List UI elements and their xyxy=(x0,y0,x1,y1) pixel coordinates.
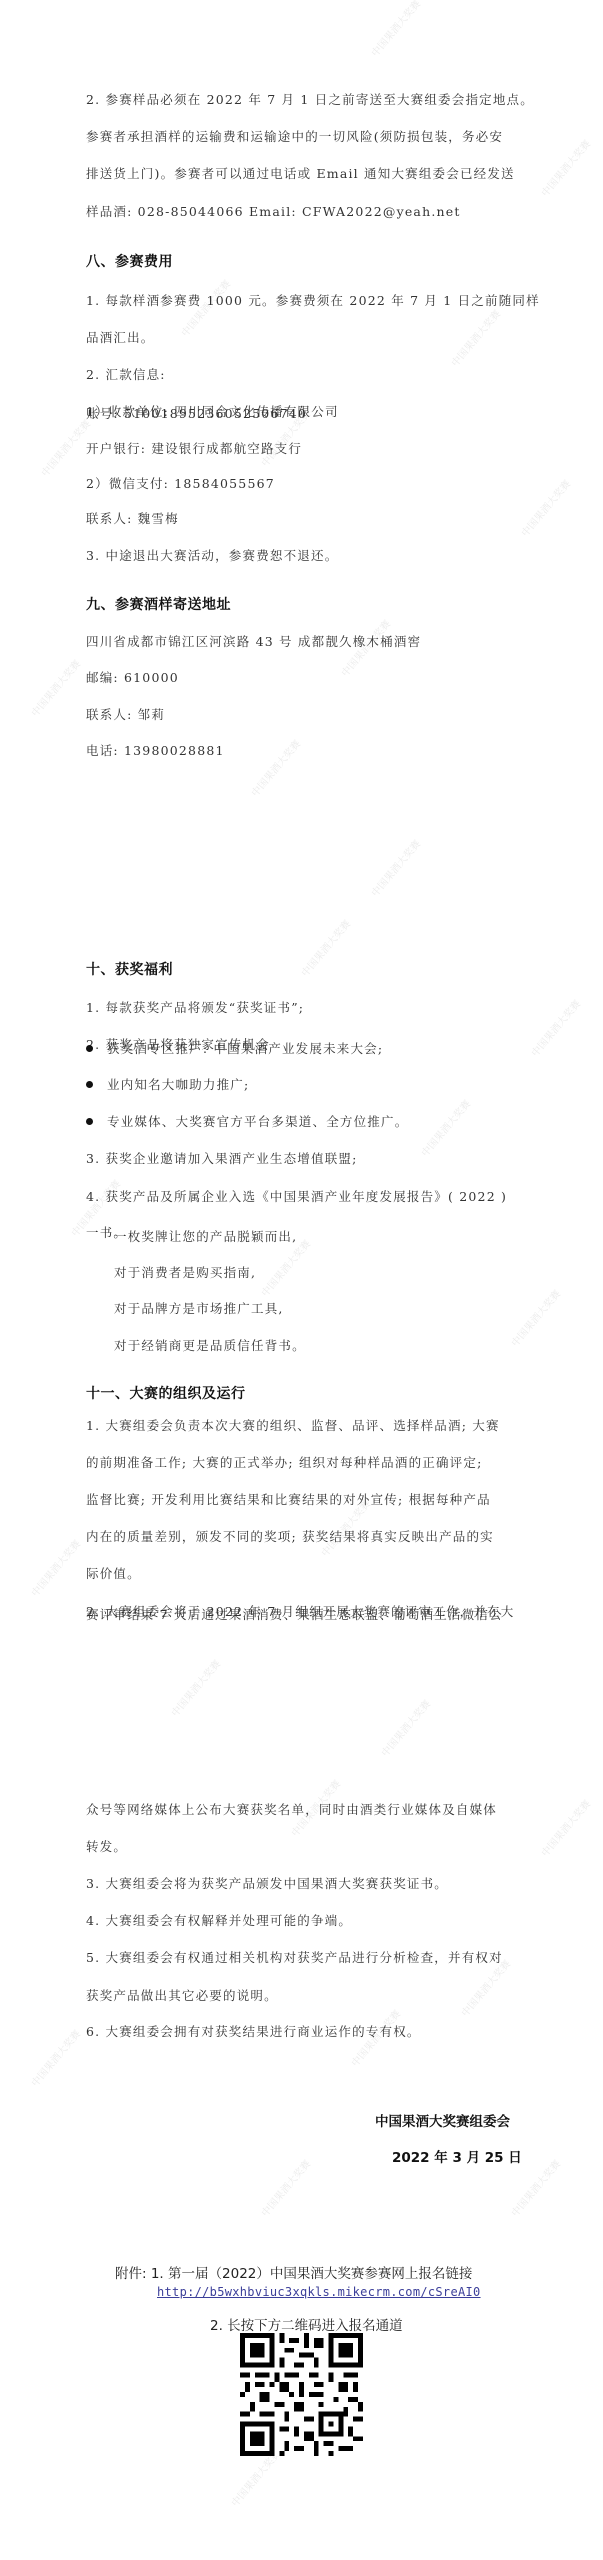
paragraph-line: 1. 大赛组委会负责本次大赛的组织、监督、品评、选择样品酒; 大赛 xyxy=(86,1418,500,1434)
contact-person: 联系人: 魏雪梅 xyxy=(86,511,179,527)
slogan-line: 对于品牌方是市场推广工具, xyxy=(114,1301,284,1317)
bullet-text: 业内知名大咖助力推广; xyxy=(107,1077,249,1092)
paragraph-line: 众号等网络媒体上公布大赛获奖名单，同时由酒类行业媒体及自媒体 xyxy=(86,1802,497,1818)
list-item: 4. 获奖产品及所属企业入选《中国果酒产业年度发展报告》( 2022 ) xyxy=(86,1189,507,1205)
watermark: 中国果酒大奖赛 xyxy=(247,736,303,799)
list-item: 3. 大赛组委会将为获奖产品颁发中国果酒大奖赛获奖证书。 xyxy=(86,1876,448,1892)
slogan-line: 对于消费者是购买指南, xyxy=(114,1265,256,1281)
section-heading: 十、获奖福利 xyxy=(86,961,173,979)
bullet-text: 专业媒体、大奖赛官方平台多渠道、全方位推广。 xyxy=(107,1114,408,1129)
watermark: 中国果酒大奖赛 xyxy=(537,136,593,199)
list-item: 6. 大赛组委会拥有对获奖结果进行商业运作的专有权。 xyxy=(86,2024,421,2040)
registration-link[interactable]: http://b5wxhbviuc3xqkls.mikecrm.com/cSre… xyxy=(157,2285,481,2299)
bullet-icon xyxy=(86,1118,93,1125)
paragraph-line: 品酒汇出。 xyxy=(86,330,155,346)
paragraph-line: 监督比赛; 开发利用比赛结果和比赛结果的对外宣传; 根据每种产品 xyxy=(86,1492,491,1508)
paragraph-line: 参赛者承担酒样的运输费和运输途中的一切风险(须防损包装，务必安 xyxy=(86,129,503,145)
section-heading: 九、参赛酒样寄送地址 xyxy=(86,596,231,614)
watermark: 中国果酒大奖赛 xyxy=(377,1696,433,1759)
watermark: 中国果酒大奖赛 xyxy=(367,0,423,59)
organizer-name: 中国果酒大奖赛组委会 xyxy=(375,2110,510,2130)
watermark: 中国果酒大奖赛 xyxy=(27,1536,83,1599)
slogan-line: 对于经销商更是品质信任背书。 xyxy=(114,1338,306,1354)
watermark: 中国果酒大奖赛 xyxy=(527,996,583,1059)
bullet-row: 专业媒体、大奖赛官方平台多渠道、全方位推广。 xyxy=(86,1114,408,1130)
watermark: 中国果酒大奖赛 xyxy=(27,2026,83,2089)
address-line: 四川省成都市锦江区河滨路 43 号 成都靓久橡木桶酒窖 xyxy=(86,634,421,650)
bullet-icon xyxy=(86,1045,93,1052)
paragraph-line: 1. 每款样酒参赛费 1000 元。参赛费须在 2022 年 7 月 1 日之前… xyxy=(86,293,540,309)
paragraph-line: 2. 参赛样品必须在 2022 年 7 月 1 日之前寄送至大赛组委会指定地点。 xyxy=(86,92,534,108)
account-number: 账号: 51001895236052506740 xyxy=(86,406,307,422)
bullet-row: 获奖酒专区推广: 中国果酒产业发展未来大会; xyxy=(86,1041,383,1057)
watermark: 中国果酒大奖赛 xyxy=(417,1096,473,1159)
section-heading: 八、参赛费用 xyxy=(86,253,173,271)
watermark: 中国果酒大奖赛 xyxy=(257,2156,313,2219)
section-heading: 十一、大赛的组织及运行 xyxy=(86,1385,246,1403)
watermark: 中国果酒大奖赛 xyxy=(27,656,83,719)
attachment-2-label: 2. 长按下方二维码进入报名通道 xyxy=(210,2314,403,2334)
contact-person: 联系人: 邹莉 xyxy=(86,707,165,723)
paragraph-line: 内在的质量差别，颁发不同的奖项; 获奖结果将真实反映出产品的实 xyxy=(86,1529,494,1545)
paragraph-line: 赛评审结束 7 天后通过果酒消费、果酒生态联盟、葡萄酒生活微信公 xyxy=(86,1607,503,1623)
watermark: 中国果酒大奖赛 xyxy=(257,1236,313,1299)
list-item: 1. 每款获奖产品将颁发“获奖证书”; xyxy=(86,1000,304,1016)
bullet-row: 业内知名大咖助力推广; xyxy=(86,1077,249,1093)
slogan-line: 一枚奖牌让您的产品脱颖而出, xyxy=(114,1229,297,1245)
paragraph-line: 排送货上门)。参赛者可以通过电话或 Email 通知大赛组委会已经发送 xyxy=(86,166,515,182)
paragraph-line: 转发。 xyxy=(86,1839,127,1855)
paragraph-line: 5. 大赛组委会有权通过相关机构对获奖产品进行分析检查，并有权对 xyxy=(86,1950,503,1966)
list-item: 4. 大赛组委会有权解释并处理可能的争端。 xyxy=(86,1913,352,1929)
watermark: 中国果酒大奖赛 xyxy=(167,1656,223,1719)
bank-line: 开户银行: 建设银行成都航空路支行 xyxy=(86,441,302,457)
attachment-1-label: 附件: 1. 第一届（2022）中国果酒大奖赛参赛网上报名链接 xyxy=(115,2262,472,2282)
issue-date: 2022 年 3 月 25 日 xyxy=(392,2146,522,2166)
contact-line: 样品酒: 028-85044066 Email: CFWA2022@yeah.n… xyxy=(86,204,461,220)
watermark: 中国果酒大奖赛 xyxy=(537,1796,593,1859)
phone-line: 电话: 13980028881 xyxy=(86,743,225,759)
qr-code-icon[interactable] xyxy=(240,2333,363,2456)
paragraph-line: 2. 汇款信息: xyxy=(86,367,166,383)
wechat-pay-line: 2）微信支付: 18584055567 xyxy=(86,476,275,492)
paragraph-line: 际价值。 xyxy=(86,1566,141,1582)
bullet-icon xyxy=(86,1081,93,1088)
paragraph-line: 3. 中途退出大赛活动，参赛费恕不退还。 xyxy=(86,548,338,564)
watermark: 中国果酒大奖赛 xyxy=(517,476,573,539)
watermark: 中国果酒大奖赛 xyxy=(367,836,423,899)
postcode-line: 邮编: 610000 xyxy=(86,670,179,686)
watermark: 中国果酒大奖赛 xyxy=(507,1286,563,1349)
paragraph-line: 的前期准备工作; 大赛的正式举办; 组织对每种样品酒的正确评定; xyxy=(86,1455,482,1471)
list-item: 3. 获奖企业邀请加入果酒产业生态增值联盟; xyxy=(86,1151,358,1167)
watermark: 中国果酒大奖赛 xyxy=(297,916,353,979)
watermark: 中国果酒大奖赛 xyxy=(37,416,93,479)
bullet-text: 获奖酒专区推广: 中国果酒产业发展未来大会; xyxy=(107,1041,383,1056)
watermark: 中国果酒大奖赛 xyxy=(447,306,503,369)
paragraph-line: 获奖产品做出其它必要的说明。 xyxy=(86,1988,278,2004)
